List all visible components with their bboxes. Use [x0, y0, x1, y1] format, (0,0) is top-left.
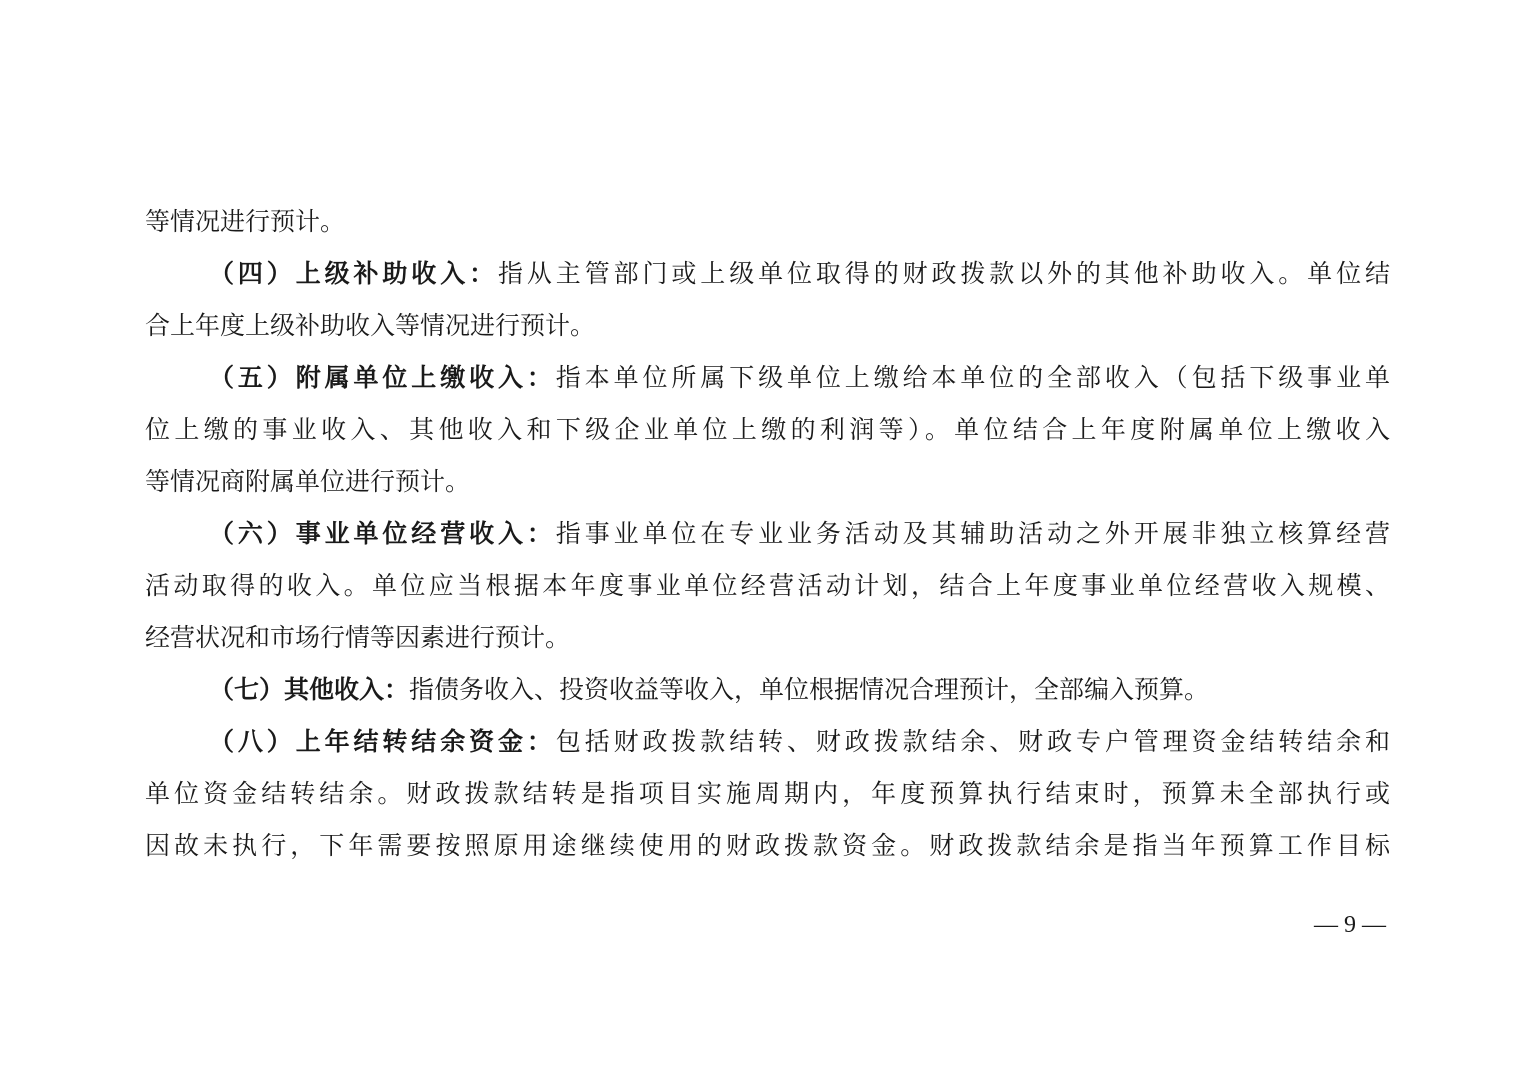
paragraph-line: 活动取得的收入。单位应当根据本年度事业单位经营活动计划，结合上年度事业单位经营收…: [145, 564, 1390, 616]
paragraph-line: 经营状况和市场行情等因素进行预计。: [145, 616, 1390, 668]
paragraph-line: 单位资金结转结余。财政拨款结转是指项目实施周期内，年度预算执行结束时，预算未全部…: [145, 772, 1390, 824]
section-heading: （七）其他收入：: [209, 675, 409, 704]
line-text: 等情况商附属单位进行预计。: [145, 467, 470, 496]
line-text: 位上缴的事业收入、其他收入和下级企业单位上缴的利润等）。单位结合上年度附属单位上…: [145, 415, 1390, 444]
section-heading: （四）上级补助收入：: [209, 259, 498, 288]
line-text: 因故未执行，下年需要按照原用途继续使用的财政拨款资金。财政拨款结余是指当年预算工…: [145, 831, 1390, 860]
document-page-body: 等情况进行预计。 （四）上级补助收入：指从主管部门或上级单位取得的财政拨款以外的…: [145, 200, 1390, 876]
line-text: 单位资金结转结余。财政拨款结转是指项目实施周期内，年度预算执行结束时，预算未全部…: [145, 779, 1390, 808]
section-heading: （六）事业单位经营收入：: [209, 519, 556, 548]
line-text: 指本单位所属下级单位上缴给本单位的全部收入（包括下级事业单: [556, 363, 1390, 392]
paragraph-line: 合上年度上级补助收入等情况进行预计。: [145, 304, 1390, 356]
paragraph-line: 因故未执行，下年需要按照原用途继续使用的财政拨款资金。财政拨款结余是指当年预算工…: [145, 824, 1390, 876]
section-8-line: （八）上年结转结余资金：包括财政拨款结转、财政拨款结余、财政专户管理资金结转结余…: [145, 720, 1390, 772]
line-text: 经营状况和市场行情等因素进行预计。: [145, 623, 570, 652]
line-text: 包括财政拨款结转、财政拨款结余、财政专户管理资金结转结余和: [556, 727, 1390, 756]
line-text: 活动取得的收入。单位应当根据本年度事业单位经营活动计划，结合上年度事业单位经营收…: [145, 571, 1390, 600]
paragraph-line: 等情况进行预计。: [145, 200, 1390, 252]
page-number: — 9 —: [1310, 912, 1390, 939]
line-text: 指债务收入、投资收益等收入，单位根据情况合理预计，全部编入预算。: [409, 675, 1209, 704]
section-4-line: （四）上级补助收入：指从主管部门或上级单位取得的财政拨款以外的其他补助收入。单位…: [145, 252, 1390, 304]
section-5-line: （五）附属单位上缴收入：指本单位所属下级单位上缴给本单位的全部收入（包括下级事业…: [145, 356, 1390, 408]
paragraph-line: 等情况商附属单位进行预计。: [145, 460, 1390, 512]
line-text: 等情况进行预计。: [145, 207, 345, 236]
line-text: 指从主管部门或上级单位取得的财政拨款以外的其他补助收入。单位结: [498, 259, 1390, 288]
paragraph-line: 位上缴的事业收入、其他收入和下级企业单位上缴的利润等）。单位结合上年度附属单位上…: [145, 408, 1390, 460]
line-text: 合上年度上级补助收入等情况进行预计。: [145, 311, 595, 340]
section-7-line: （七）其他收入：指债务收入、投资收益等收入，单位根据情况合理预计，全部编入预算。: [145, 668, 1390, 720]
section-heading: （八）上年结转结余资金：: [209, 727, 556, 756]
line-text: 指事业单位在专业业务活动及其辅助活动之外开展非独立核算经营: [556, 519, 1390, 548]
section-6-line: （六）事业单位经营收入：指事业单位在专业业务活动及其辅助活动之外开展非独立核算经…: [145, 512, 1390, 564]
section-heading: （五）附属单位上缴收入：: [209, 363, 556, 392]
